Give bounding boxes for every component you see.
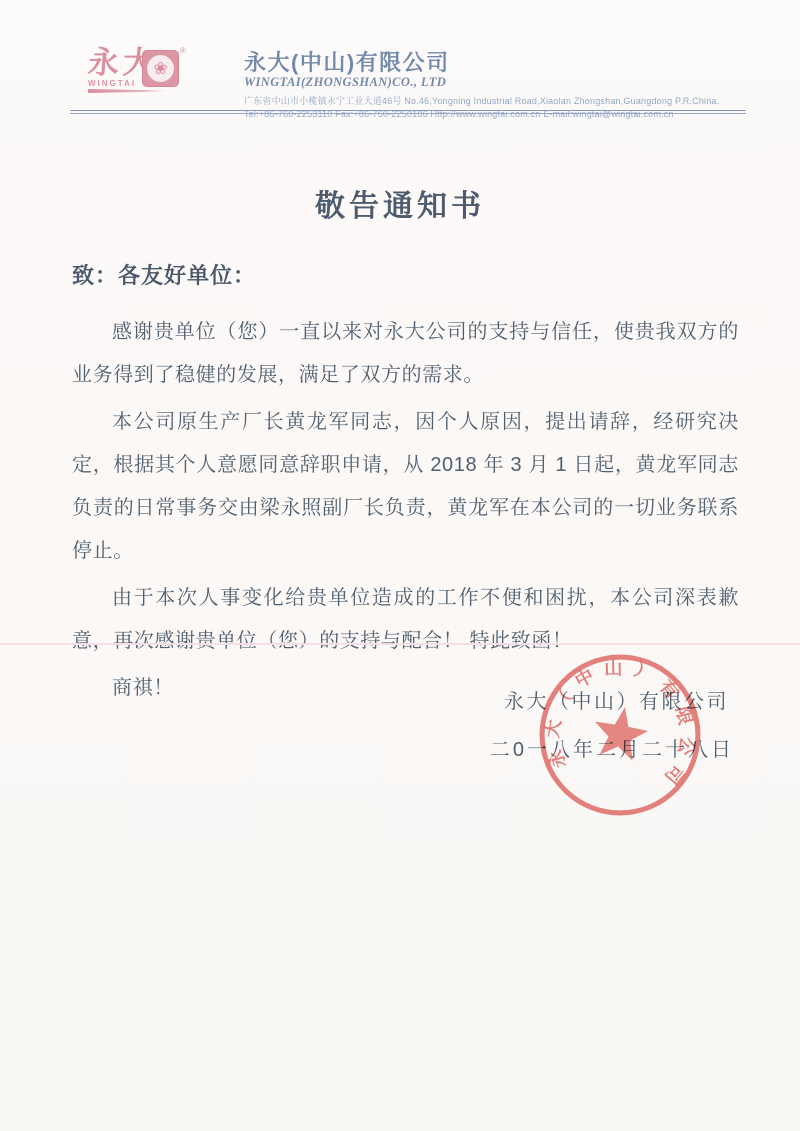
company-logo: 永大 WINGTAI ❀ ® — [88, 48, 200, 88]
paragraph-3: 由于本次人事变化给贵单位造成的工作不便和困扰，本公司深表歉意，再次感谢贵单位（您… — [72, 577, 739, 663]
salutation: 致：各友好单位： — [72, 254, 739, 297]
company-name-cn: 永大(中山)有限公司 — [244, 50, 719, 75]
company-name-en: WINGTAI(ZHONGSHAN)CO., LTD — [244, 75, 719, 90]
registered-trademark-icon: ® — [180, 46, 186, 55]
letter-title: 敬告通知书 — [0, 181, 800, 225]
paragraph-2: 本公司原生产厂长黄龙军同志，因个人原因，提出请辞，经研究决定，根据其个人意愿同意… — [72, 401, 739, 573]
letter-body: 致：各友好单位： 感谢贵单位（您）一直以来对永大公司的支持与信任，使贵我双方的业… — [72, 254, 739, 710]
address-line-1: 广东省中山市小榄镇永宁工业大道46号 No.46,Yongning Indust… — [244, 95, 719, 108]
signature-date: 二0一八年二月二十八日 — [490, 733, 734, 762]
scanned-letter-page: 永大 WINGTAI ❀ ® 永大(中山)有限公司 WINGTAI(ZHONGS… — [0, 0, 800, 1131]
paragraph-1: 感谢贵单位（您）一直以来对永大公司的支持与信任，使贵我双方的业务得到了稳健的发展… — [72, 311, 739, 397]
flower-seal-icon: ❀ — [147, 55, 174, 82]
logo-wingtai-text: WINGTAI — [88, 79, 136, 88]
logo-swoosh-shape — [88, 89, 166, 93]
letterhead-divider — [70, 110, 746, 114]
company-address: 广东省中山市小榄镇永宁工业大道46号 No.46,Yongning Indust… — [244, 95, 719, 121]
signature-company: 永大（中山）有限公司 — [504, 685, 729, 714]
scan-fold-line — [0, 643, 800, 645]
logo-emblem-icon: ❀ — [142, 50, 179, 87]
